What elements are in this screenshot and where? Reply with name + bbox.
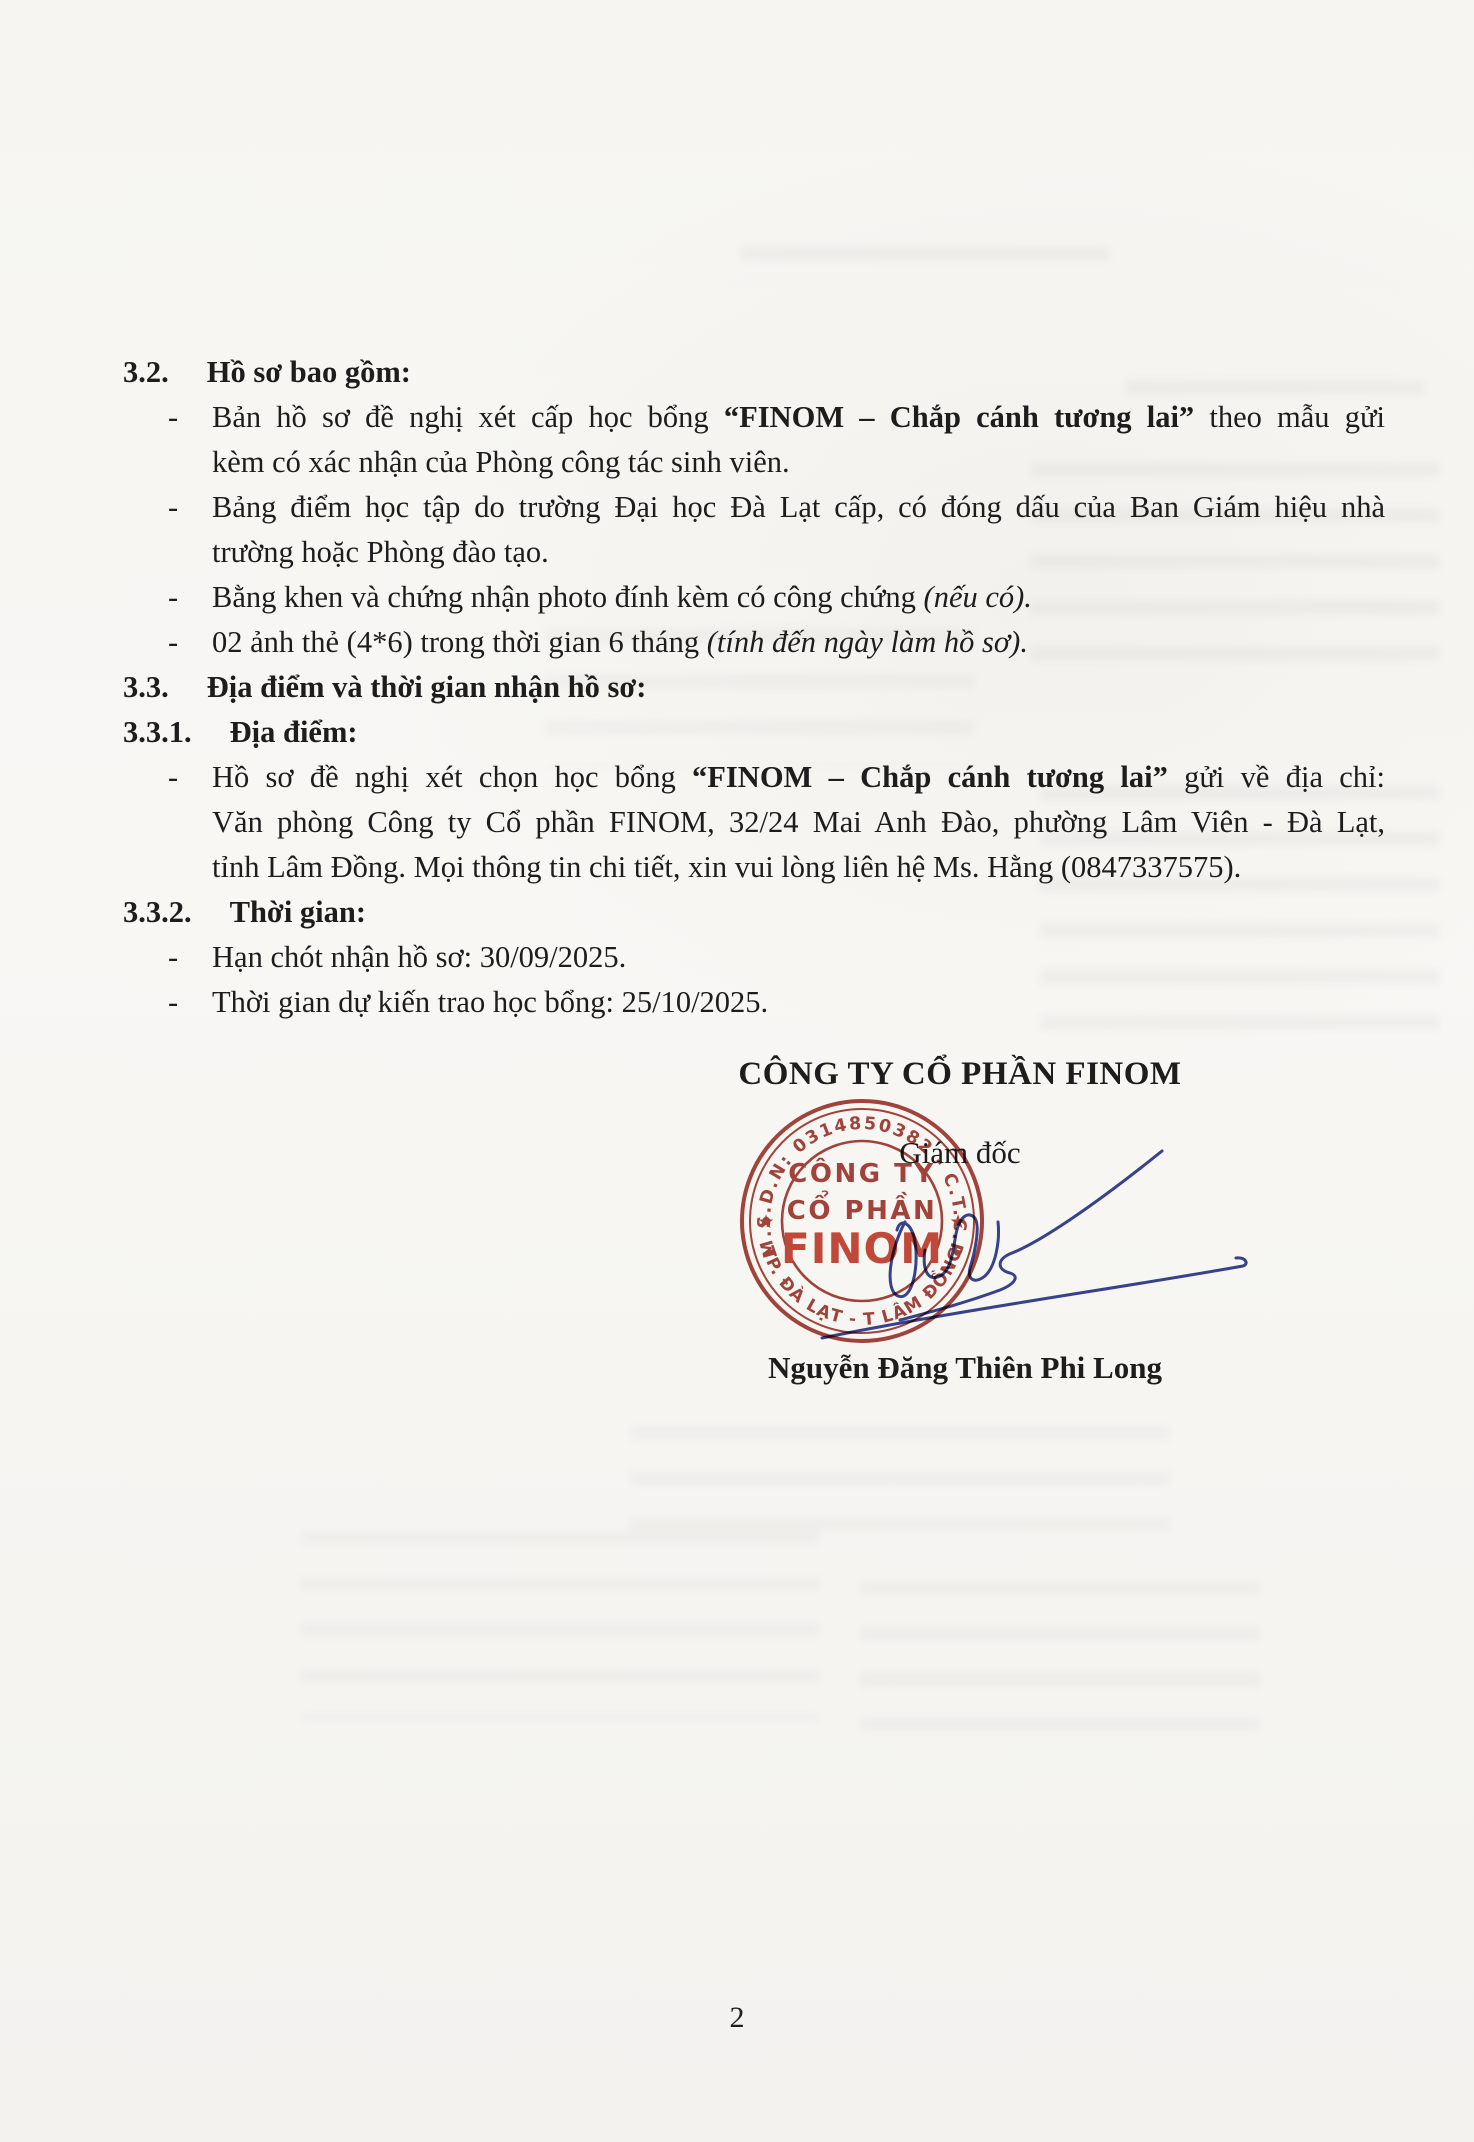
- bullet-text: theo mẫu gửi: [1194, 400, 1385, 434]
- bullet-text: Hồ sơ đề nghị xét chọn học bổng: [212, 760, 692, 794]
- bullet-text-bold: “FINOM – Chắp cánh tương lai”: [724, 400, 1194, 434]
- signer-name: Nguyễn Đăng Thiên Phi Long: [645, 1350, 1285, 1386]
- bullet-text: Bản hồ sơ đề nghị xét cấp học bổng: [212, 400, 724, 434]
- bullet-text-italic: (tính đến ngày làm hồ sơ).: [707, 625, 1028, 659]
- bullet-line: -Hạn chót nhận hồ sơ: 30/09/2025.: [123, 935, 1385, 980]
- bullet-dash: -: [168, 620, 178, 665]
- section-3-3-1-heading: 3.3.1.Địa điểm:: [123, 710, 1385, 755]
- bullet-dash: -: [168, 935, 178, 980]
- bullet-line: kèm có xác nhận của Phòng công tác sinh …: [123, 440, 1385, 485]
- signature-stroke: [900, 1151, 1162, 1320]
- bullet-text-italic: (nếu có).: [924, 580, 1032, 614]
- bullet-line: -Thời gian dự kiến trao học bổng: 25/10/…: [123, 980, 1385, 1025]
- bullet-text: Thời gian dự kiến trao học bổng: 25/10/2…: [212, 985, 768, 1019]
- bleed-through-mark: [300, 1530, 820, 1720]
- section-title: Địa điểm:: [230, 715, 358, 749]
- section-number: 3.3.: [123, 665, 169, 710]
- signature-stroke: [890, 1222, 916, 1297]
- section-3-3-2-heading: 3.3.2.Thời gian:: [123, 890, 1385, 935]
- bullet-line: trường hoặc Phòng đào tạo.: [123, 530, 1385, 575]
- bullet-dash: -: [168, 575, 178, 620]
- bullet-line: tỉnh Lâm Đồng. Mọi thông tin chi tiết, x…: [123, 845, 1385, 890]
- signature-ink: [640, 1085, 1300, 1385]
- bullet-dash: -: [168, 980, 178, 1025]
- bullet-text: gửi về địa chỉ:: [1168, 760, 1385, 794]
- bullet-line: -02 ảnh thẻ (4*6) trong thời gian 6 thán…: [123, 620, 1385, 665]
- bullet-line: -Bảng điểm học tập do trường Đại học Đà …: [123, 485, 1385, 530]
- section-title: Địa điểm và thời gian nhận hồ sơ:: [207, 670, 647, 704]
- bullet-text: 02 ảnh thẻ (4*6) trong thời gian 6 tháng: [212, 625, 707, 659]
- bullet-line: -Bằng khen và chứng nhận photo đính kèm …: [123, 575, 1385, 620]
- bullet-text: kèm có xác nhận của Phòng công tác sinh …: [212, 445, 790, 479]
- section-title: Thời gian:: [230, 895, 366, 929]
- bullet-line: -Hồ sơ đề nghị xét chọn học bổng “FINOM …: [123, 755, 1385, 800]
- section-number: 3.3.2.: [123, 890, 192, 935]
- bullet-dash: -: [168, 755, 178, 800]
- bullet-dash: -: [168, 395, 178, 440]
- signature-stroke: [924, 1215, 998, 1280]
- bleed-through-mark: [740, 246, 1110, 274]
- bullet-text: Hạn chót nhận hồ sơ: 30/09/2025.: [212, 940, 626, 974]
- bullet-line: -Bản hồ sơ đề nghị xét cấp học bổng “FIN…: [123, 395, 1385, 440]
- section-number: 3.2.: [123, 350, 169, 395]
- bleed-through-mark: [860, 1580, 1260, 1730]
- page-number: 2: [0, 2001, 1474, 2035]
- bullet-text: Văn phòng Công ty Cổ phần FINOM, 32/24 M…: [212, 805, 1385, 839]
- bullet-text-bold: “FINOM – Chắp cánh tương lai”: [692, 760, 1168, 794]
- bullet-text: tỉnh Lâm Đồng. Mọi thông tin chi tiết, x…: [212, 850, 1241, 884]
- bullet-line: Văn phòng Công ty Cổ phần FINOM, 32/24 M…: [123, 800, 1385, 845]
- scanned-document-page: 3.2.Hồ sơ bao gồm: -Bản hồ sơ đề nghị xé…: [0, 0, 1474, 2142]
- section-number: 3.3.1.: [123, 710, 192, 755]
- bullet-text: trường hoặc Phòng đào tạo.: [212, 535, 549, 569]
- section-3-2-heading: 3.2.Hồ sơ bao gồm:: [123, 350, 1385, 395]
- document-body: 3.2.Hồ sơ bao gồm: -Bản hồ sơ đề nghị xé…: [123, 350, 1385, 1025]
- bullet-text: Bằng khen và chứng nhận photo đính kèm c…: [212, 580, 924, 614]
- signature-stroke: [822, 1258, 1246, 1338]
- section-title: Hồ sơ bao gồm:: [207, 355, 411, 389]
- bullet-text: Bảng điểm học tập do trường Đại học Đà L…: [212, 490, 1385, 524]
- bullet-dash: -: [168, 485, 178, 530]
- section-3-3-heading: 3.3.Địa điểm và thời gian nhận hồ sơ:: [123, 665, 1385, 710]
